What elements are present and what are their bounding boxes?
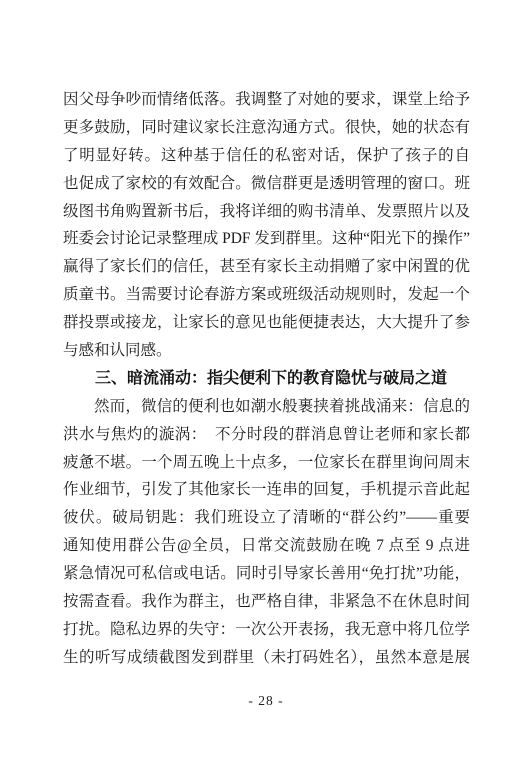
text-line: 级图书角购置新书后，我将详细的购书清单、发票照片以及 <box>63 198 470 226</box>
page-number: - 28 - <box>0 693 532 709</box>
text-line: 作业细节，引发了其他家长一连串的回复，手机提示音此起 <box>63 476 470 504</box>
document-page: 因父母争吵而情绪低落。我调整了对她的要求，课堂上给予更多鼓励，同时建议家长注意沟… <box>0 0 532 768</box>
text-line: 紧急情况可私信或电话。同时引导家长善用“免打扰”功能， <box>63 560 470 588</box>
text-line: 了明显好转。这种基于信任的私密对话，保护了孩子的自尊， <box>63 142 470 170</box>
text-line: 生的听写成绩截图发到群里（未打码姓名），虽然本意是展 <box>63 644 470 672</box>
text-block: 因父母争吵而情绪低落。我调整了对她的要求，课堂上给予更多鼓励，同时建议家长注意沟… <box>63 86 470 672</box>
text-line: 班委会讨论记录整理成 PDF 发到群里。这种“阳光下的操作” <box>63 225 470 253</box>
text-line: 彼伏。破局钥匙：我们班设立了清晰的“群公约”——重要 <box>63 504 470 532</box>
section-heading: 三、暗流涌动：指尖便利下的教育隐忧与破局之道 <box>63 365 470 393</box>
text-line: 群投票或接龙，让家长的意见也能便捷表达，大大提升了参 <box>63 309 470 337</box>
text-line: 更多鼓励，同时建议家长注意沟通方式。很快，她的状态有 <box>63 114 470 142</box>
text-line: 也促成了家校的有效配合。微信群更是透明管理的窗口。班 <box>63 170 470 198</box>
text-line: 质童书。当需要讨论春游方案或班级活动规则时，发起一个 <box>63 281 470 309</box>
text-line: 按需查看。我作为群主，也严格自律，非紧急不在休息时间 <box>63 588 470 616</box>
text-line: 因父母争吵而情绪低落。我调整了对她的要求，课堂上给予 <box>63 86 470 114</box>
text-line: 打扰。隐私边界的失守：一次公开表扬，我无意中将几位学 <box>63 616 470 644</box>
text-line: 疲惫不堪。一个周五晚上十点多，一位家长在群里询问周末 <box>63 449 470 477</box>
text-line: 然而，微信的便利也如潮水般裹挟着挑战涌来：信息的 <box>63 393 470 421</box>
text-line: 洪水与焦灼的漩涡： 不分时段的群消息曾让老师和家长都 <box>63 421 470 449</box>
text-line: 通知使用群公告@全员，日常交流鼓励在晚 7 点至 9 点进行， <box>63 532 470 560</box>
text-line: 赢得了家长们的信任，甚至有家长主动捐赠了家中闲置的优 <box>63 253 470 281</box>
text-line: 与感和认同感。 <box>63 337 470 365</box>
